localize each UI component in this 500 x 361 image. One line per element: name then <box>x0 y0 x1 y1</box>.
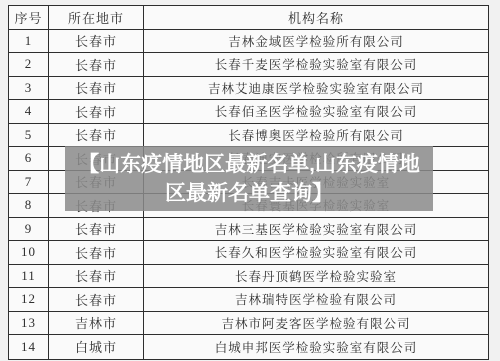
table-row: 13 吉林市 吉林市阿麦客医学检验有限公司 <box>9 312 488 336</box>
city-cell: 长春市 <box>49 241 144 264</box>
org-cell: 吉林三基医学检验实验室有限公司 <box>144 218 488 241</box>
org-cell: 长春佰圣医学检验实验室有限公司 <box>144 100 488 123</box>
table-row: 14 白城市 白城申邦医学检验实验室有限公司 <box>9 335 488 359</box>
table-row: 5 长春市 长春博奥医学检验所有限公司 <box>9 124 488 148</box>
city-cell: 长春市 <box>49 53 144 76</box>
watermark-line-2: 区最新名单查询】 <box>165 179 333 208</box>
row-number-cell: 10 <box>9 241 49 264</box>
row-number-cell: 11 <box>9 265 49 288</box>
row-number-cell: 4 <box>9 100 49 123</box>
watermark-banner: 【山东疫情地区最新名单,山东疫情地 区最新名单查询】 <box>65 146 433 211</box>
org-cell: 吉林市阿麦客医学检验有限公司 <box>144 312 488 335</box>
org-cell: 长春千麦医学检验实验室有限公司 <box>144 53 488 76</box>
table-row: 10 长春市 长春久和医学检验实验室有限公司 <box>9 241 488 265</box>
table-row: 1 长春市 吉林金域医学检验所有限公司 <box>9 30 488 54</box>
city-cell: 吉林市 <box>49 312 144 335</box>
org-cell: 吉林艾迪康医学检验实验室有限公司 <box>144 77 488 100</box>
row-number-cell: 5 <box>9 124 49 147</box>
row-number-cell: 13 <box>9 312 49 335</box>
watermark-line-1: 【山东疫情地区最新名单,山东疫情地 <box>78 150 420 179</box>
header-col-no: 序号 <box>9 6 49 29</box>
header-col-city: 所在地市 <box>49 6 144 29</box>
row-number-cell: 9 <box>9 218 49 241</box>
row-number-cell: 7 <box>9 171 49 194</box>
org-cell: 吉林金域医学检验所有限公司 <box>144 30 488 53</box>
row-number-cell: 2 <box>9 53 49 76</box>
org-cell: 长春博奥医学检验所有限公司 <box>144 124 488 147</box>
table-row: 9 长春市 吉林三基医学检验实验室有限公司 <box>9 218 488 242</box>
row-number-cell: 6 <box>9 147 49 170</box>
row-number-cell: 3 <box>9 77 49 100</box>
table-row: 12 长春市 吉林瑞特医学检验有限公司 <box>9 288 488 312</box>
city-cell: 长春市 <box>49 30 144 53</box>
org-cell: 白城申邦医学检验实验室有限公司 <box>144 335 488 359</box>
org-cell: 长春丹顶鹤医学检验实验室 <box>144 265 488 288</box>
row-number-cell: 14 <box>9 335 49 359</box>
city-cell: 长春市 <box>49 218 144 241</box>
city-cell: 长春市 <box>49 100 144 123</box>
row-number-cell: 12 <box>9 288 49 311</box>
city-cell: 长春市 <box>49 77 144 100</box>
table-row: 3 长春市 吉林艾迪康医学检验实验室有限公司 <box>9 77 488 101</box>
row-number-cell: 8 <box>9 194 49 217</box>
table-header-row: 序号 所在地市 机构名称 <box>9 6 488 30</box>
table-row: 2 长春市 长春千麦医学检验实验室有限公司 <box>9 53 488 77</box>
city-cell: 长春市 <box>49 124 144 147</box>
table-row: 4 长春市 长春佰圣医学检验实验室有限公司 <box>9 100 488 124</box>
city-cell: 长春市 <box>49 265 144 288</box>
city-cell: 白城市 <box>49 335 144 359</box>
table-row: 11 长春市 长春丹顶鹤医学检验实验室 <box>9 265 488 289</box>
header-col-org: 机构名称 <box>144 6 488 29</box>
row-number-cell: 1 <box>9 30 49 53</box>
city-cell: 长春市 <box>49 288 144 311</box>
org-cell: 吉林瑞特医学检验有限公司 <box>144 288 488 311</box>
org-cell: 长春久和医学检验实验室有限公司 <box>144 241 488 264</box>
